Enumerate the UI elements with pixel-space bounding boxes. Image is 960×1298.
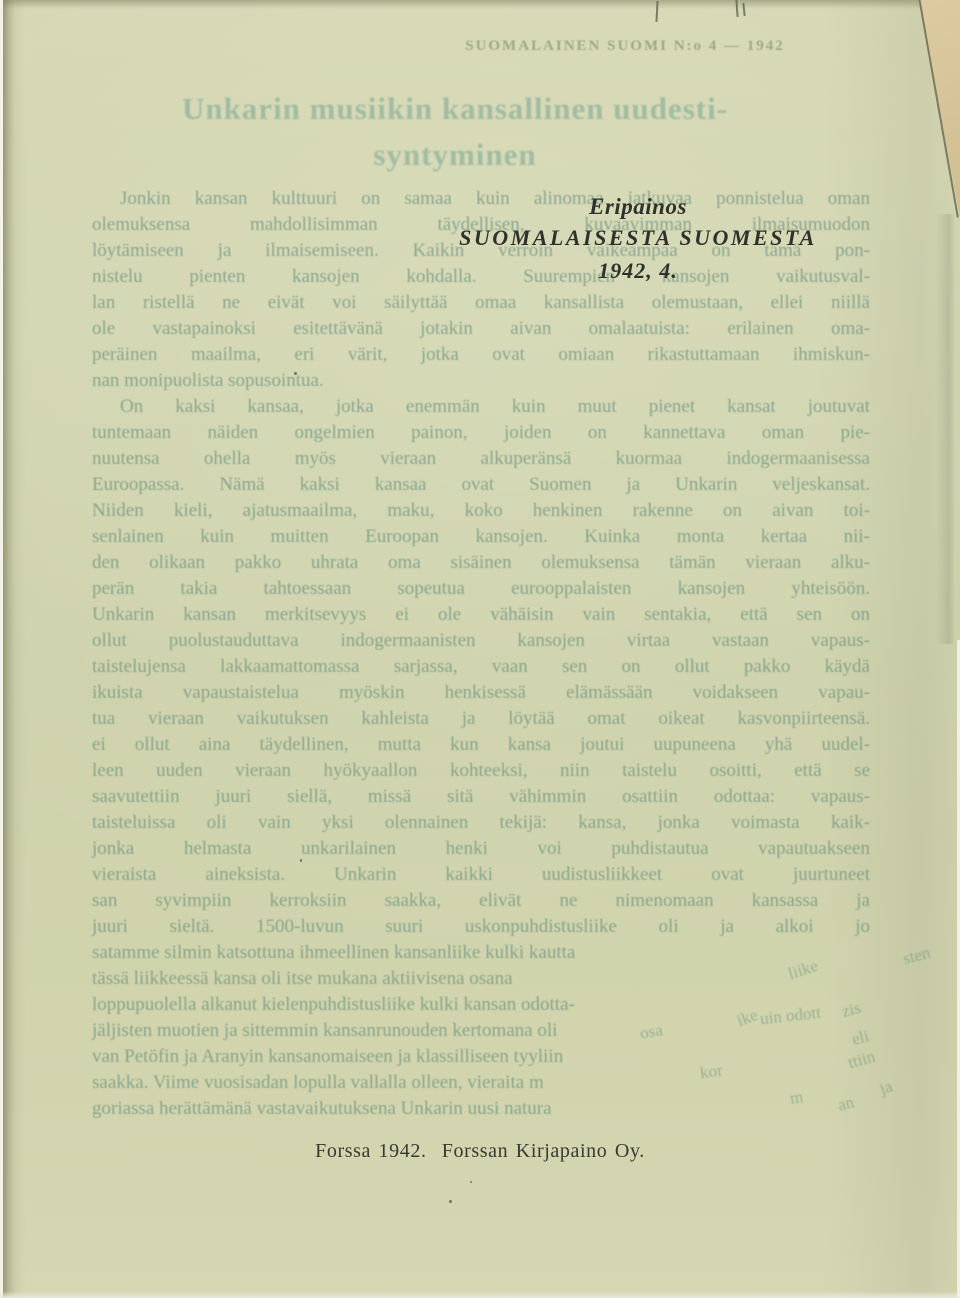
body-line: leen uuden vieraan hyökyaallon kohteeksi…	[92, 758, 870, 784]
body-line: Niiden kieli, ajatusmaailma, maku, koko …	[92, 498, 870, 524]
body-line: jäljisten muotien ja sittemmin kansanrun…	[92, 1018, 870, 1044]
body-line: san syvimpiin kerroksiin saakka, elivät …	[92, 888, 870, 914]
body-line: lan ristellä ne eivät voi säilyttää omaa…	[92, 290, 870, 316]
offprint-issue: 1942, 4.	[408, 256, 868, 286]
body-line: senlainen kuin muitten Euroopan kansojen…	[92, 524, 870, 550]
scanned-document-page: SUOMALAINEN SUOMI N:o 4 — 1942 Unkarin m…	[0, 0, 960, 1298]
body-line: goriassa herättämänä vastavaikutuksena U…	[92, 1096, 870, 1122]
body-line: Euroopassa. Nämä kaksi kansaa ovat Suome…	[92, 472, 870, 498]
body-line: ollut puolustauduttava indogermaanisten …	[92, 628, 870, 654]
body-line: den olikaan pakko uhrata oma sisäinen ol…	[92, 550, 870, 576]
body-text: Jonkin kansan kulttuuri on samaa kuin al…	[92, 186, 870, 1122]
offprint-source-title: SUOMALAISESTA SUOMESTA	[408, 223, 868, 253]
ink-speck	[470, 1181, 472, 1183]
scan-edge-top	[0, 0, 960, 9]
offprint-label: Eripainos	[408, 193, 868, 221]
article-title-line2: syntyminen	[40, 132, 870, 178]
scan-edge-left	[3, 0, 15, 1298]
offprint-imprint: Eripainos SUOMALAISESTA SUOMESTA 1942, 4…	[408, 193, 868, 286]
ghost-text-fragment: sten	[901, 943, 933, 969]
scan-edge-bottom	[0, 1291, 960, 1298]
body-line: ole vastapainoksi esitettävänä jotakin a…	[92, 316, 870, 342]
body-line: tua vieraan vaikutuksen kahleista ja löy…	[92, 706, 870, 732]
page-edge-shadow	[936, 214, 954, 644]
body-line: satamme silmin katsottuna ihmeellinen ka…	[92, 940, 870, 966]
body-line: nan monipuolista sopusointua.	[92, 368, 870, 394]
article-title-line1: Unkarin musiikin kansallinen uudesti-	[40, 86, 870, 132]
body-line: juuri sieltä. 1500-luvun suuri uskonpuhd…	[92, 914, 870, 940]
article-title: Unkarin musiikin kansallinen uudesti- sy…	[40, 86, 870, 178]
body-line: taisteluissa oli vain yksi olennainen te…	[92, 810, 870, 836]
body-line: loppupuolella alkanut kielenpuhdistuslii…	[92, 992, 870, 1018]
scan-border-left	[0, 0, 3, 1298]
body-line: Unkarin kansan merkitsevyys ei ole vähäi…	[92, 602, 870, 628]
body-line: saavutettiin juuri siellä, missä sitä vä…	[92, 784, 870, 810]
printer-imprint: Forssa 1942. Forssan Kirjapaino Oy.	[0, 1140, 960, 1163]
journal-running-header: SUOMALAINEN SUOMI N:o 4 — 1942	[430, 38, 820, 55]
ink-speck	[449, 1200, 452, 1203]
body-line: On kaksi kansaa, jotka enemmän kuin muut…	[92, 394, 870, 420]
body-line: peräinen maailma, eri värit, jotka ovat …	[92, 342, 870, 368]
body-line: jonka helmasta unkarilainen henki voi pu…	[92, 836, 870, 862]
body-line: tuntemaan näiden ongelmien painon, joide…	[92, 420, 870, 446]
body-line: saakka. Viime vuosisadan lopulla vallall…	[92, 1070, 870, 1096]
body-line: perän takia tahtoessaan sopeutua euroopp…	[92, 576, 870, 602]
ghost-text-fragment: ja	[877, 1077, 895, 1100]
body-line: nuutensa ohella myös vieraan alkuperänsä…	[92, 446, 870, 472]
pen-mark	[655, 1, 658, 22]
body-line: tässä liikkeessä kansa oli itse mukana a…	[92, 966, 870, 992]
body-line: vieraista aineksista. Unkarin kaikki uud…	[92, 862, 870, 888]
body-line: taistelujensa lakkaamattomassa sarjassa,…	[92, 654, 870, 680]
body-line: ei ollut aina täydellinen, mutta kun kan…	[92, 732, 870, 758]
body-line: van Petöfin ja Aranyin kansanomaiseen ja…	[92, 1044, 870, 1070]
body-line: ikuista vapaustaistelua myöskin henkises…	[92, 680, 870, 706]
